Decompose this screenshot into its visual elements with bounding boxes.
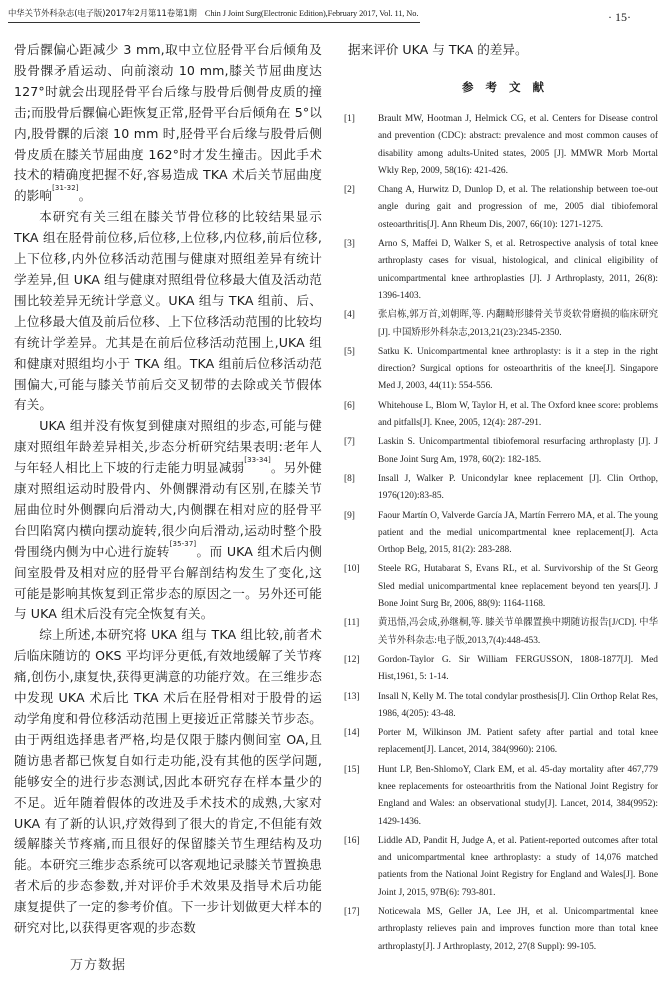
journal-title-en: Chin J Joint Surg(Electronic Edition),Fe… (205, 9, 420, 18)
reference-number: [14] (344, 725, 360, 742)
reference-item: [3]Arno S, Maffei D, Walker S, et al. Re… (348, 236, 658, 305)
page-number: · 15· (608, 10, 631, 25)
reference-number: [4] (344, 307, 355, 324)
reference-item: [11]黄迅悟,冯会成,孙继桐,等. 膝关节单髁置换中期随访报告[J/CD]. … (348, 615, 658, 650)
paragraph-4: 综上所述,本研究将 UKA 组与 TKA 组比较,前者术后临床随访的 OKS 平… (14, 625, 322, 939)
reference-item: [5]Satku K. Unicompartmental knee arthro… (348, 344, 658, 396)
reference-item: [2]Chang A, Hurwitz D, Dunlop D, et al. … (348, 182, 658, 234)
reference-text: Insall N, Kelly M. The total condylar pr… (378, 692, 658, 719)
reference-item: [8]Insall J, Walker P. Unicondylar knee … (348, 471, 658, 506)
references-heading: 参考文献 (360, 79, 658, 95)
reference-text: Whitehouse L, Blom W, Taylor H, et al. T… (378, 401, 658, 428)
reference-item: [6]Whitehouse L, Blom W, Taylor H, et al… (348, 398, 658, 433)
reference-number: [12] (344, 652, 360, 669)
reference-text: Gordon-Taylor G. Sir William FERGUSSON, … (378, 655, 658, 682)
paragraph-2: 本研究有关三组在膝关节骨位移的比较结果显示 TKA 组在胫骨前位移,后位移,上位… (14, 207, 322, 416)
journal-title-cn: 中华关节外科杂志(电子版)2017年2月第11卷第1期 (8, 8, 197, 18)
citation: [33-34] (244, 456, 271, 464)
reference-item: [4]张启栋,郭万首,刘朝晖,等. 内翻畸形膝骨关节炎软骨磨损的临床研究[J].… (348, 307, 658, 342)
reference-text: Porter M, Wilkinson JM. Patient safety a… (378, 728, 658, 755)
paragraph-text: 。 (79, 188, 92, 203)
reference-number: [15] (344, 762, 360, 779)
paragraph-continuation: 据来评价 UKA 与 TKA 的差异。 (348, 40, 658, 60)
running-header: 中华关节外科杂志(电子版)2017年2月第11卷第1期Chin J Joint … (8, 6, 420, 23)
reference-text: Liddle AD, Pandit H, Judge A, et al. Pat… (378, 836, 658, 898)
reference-text: Satku K. Unicompartmental knee arthropla… (378, 347, 658, 392)
watermark: 万方数据 (70, 954, 126, 973)
reference-number: [17] (344, 904, 360, 921)
reference-list: [1]Brault MW, Hootman J, Helmick CG, et … (348, 111, 658, 956)
reference-text: Arno S, Maffei D, Walker S, et al. Retro… (378, 239, 658, 301)
reference-text: Hunt LP, Ben-ShlomoY, Clark EM, et al. 4… (378, 765, 658, 827)
reference-number: [3] (344, 236, 355, 253)
reference-number: [9] (344, 508, 355, 525)
reference-text: Steele RG, Hutabarat S, Evans RL, et al.… (378, 564, 658, 609)
paragraph-text: 骨后髁偏心距减少 3 mm,取中立位胫骨平台后倾角及股骨髁矛盾运动、向前滚动 1… (14, 42, 322, 203)
reference-number: [2] (344, 182, 355, 199)
reference-item: [16]Liddle AD, Pandit H, Judge A, et al.… (348, 833, 658, 902)
left-column: 骨后髁偏心距减少 3 mm,取中立位胫骨平台后倾角及股骨髁矛盾运动、向前滚动 1… (14, 40, 322, 939)
reference-number: [13] (344, 689, 360, 706)
reference-text: Faour Martín O, Valverde García JA, Mart… (378, 511, 658, 556)
reference-number: [6] (344, 398, 355, 415)
reference-text: Laskin S. Unicompartmental tibiofemoral … (378, 437, 658, 464)
reference-item: [15]Hunt LP, Ben-ShlomoY, Clark EM, et a… (348, 762, 658, 831)
reference-item: [7]Laskin S. Unicompartmental tibiofemor… (348, 434, 658, 469)
reference-text: 张启栋,郭万首,刘朝晖,等. 内翻畸形膝骨关节炎软骨磨损的临床研究[J]. 中国… (378, 310, 658, 337)
reference-number: [16] (344, 833, 360, 850)
reference-text: Chang A, Hurwitz D, Dunlop D, et al. The… (378, 185, 658, 230)
reference-number: [11] (344, 615, 359, 632)
reference-item: [17]Noticewala MS, Geller JA, Lee JH, et… (348, 904, 658, 956)
paragraph-3: UKA 组并没有恢复到健康对照组的步态,可能与健康对照组年龄差异相关,步态分析研… (14, 416, 322, 625)
reference-text: 黄迅悟,冯会成,孙继桐,等. 膝关节单髁置换中期随访报告[J/CD]. 中华关节… (378, 618, 658, 645)
reference-number: [1] (344, 111, 355, 128)
reference-number: [8] (344, 471, 355, 488)
reference-number: [5] (344, 344, 355, 361)
reference-item: [9]Faour Martín O, Valverde García JA, M… (348, 508, 658, 560)
reference-text: Brault MW, Hootman J, Helmick CG, et al.… (378, 114, 658, 176)
reference-number: [7] (344, 434, 355, 451)
reference-item: [1]Brault MW, Hootman J, Helmick CG, et … (348, 111, 658, 180)
citation: [35-37] (170, 540, 197, 548)
paragraph-1: 骨后髁偏心距减少 3 mm,取中立位胫骨平台后倾角及股骨髁矛盾运动、向前滚动 1… (14, 40, 322, 207)
citation: [31-32] (52, 184, 79, 192)
reference-item: [10]Steele RG, Hutabarat S, Evans RL, et… (348, 561, 658, 613)
reference-text: Insall J, Walker P. Unicondylar knee rep… (378, 474, 658, 501)
reference-number: [10] (344, 561, 360, 578)
reference-item: [12]Gordon-Taylor G. Sir William FERGUSS… (348, 652, 658, 687)
right-column: 据来评价 UKA 与 TKA 的差异。 参考文献 [1]Brault MW, H… (348, 40, 658, 958)
reference-text: Noticewala MS, Geller JA, Lee JH, et al.… (378, 907, 658, 952)
reference-item: [14]Porter M, Wilkinson JM. Patient safe… (348, 725, 658, 760)
reference-item: [13]Insall N, Kelly M. The total condyla… (348, 689, 658, 724)
